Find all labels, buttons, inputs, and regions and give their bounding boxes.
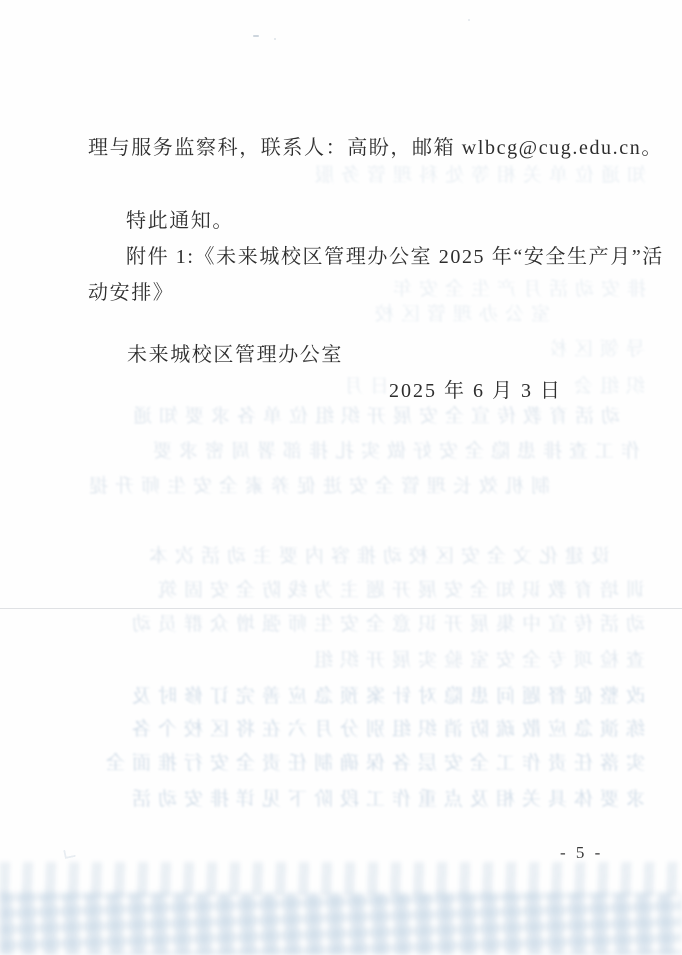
bleedthrough-line: 动活传宣中集展开识意全安生师强增众群员动 [88, 613, 645, 637]
bleedthrough-line: 求要体具关相及点重作工段阶下见详排安动活 [82, 788, 645, 812]
bleedthrough-line: 查检项专全安室验实展开织组 [230, 649, 645, 673]
document-page: 知通位单关相等处科理管务服 排安动活月产生全安年 室公办理管区校 导领区校 日月… [0, 0, 682, 955]
bleedthrough-line: 日月 [345, 375, 389, 399]
bleedthrough-line: 训培育教识知全安展开题主为线防全安固筑 [95, 579, 645, 603]
body-line-notice: 特此通知。 [126, 204, 234, 233]
bleedthrough-line: 制机效长理管全安进促养素全安生师升提 [90, 475, 550, 499]
bleedthrough-line: 改整促督题问患隐对针案预急应善完订修时及 [88, 685, 645, 709]
signature-date: 2025 年 6 月 3 日 [389, 374, 562, 403]
body-line-contact: 理与服务监察科，联系人：高盼，邮箱 wlbcg@cug.edu.cn。 [88, 131, 663, 160]
bleedthrough-line: 室公办理管区校 [360, 303, 550, 327]
bleedthrough-line: 练演急应散疏防消织组别分月六在将区校个各 [88, 718, 645, 742]
scan-fold-line [0, 608, 682, 609]
signature-org: 未来城校区管理办公室 [127, 338, 343, 367]
bleedthrough-line: 动活育教传宣全安展开织组位单各求要知通 [95, 405, 620, 429]
body-line-attachment-1: 附件 1:《未来城校区管理办公室 2025 年“安全生产月”活 [126, 240, 664, 269]
scan-speck [468, 19, 470, 21]
scan-noise-band [0, 862, 682, 896]
bleedthrough-line: 排安动活月产生全安年 [330, 278, 646, 302]
scan-noise-band [0, 893, 682, 955]
bleedthrough-line: 织组会 [552, 375, 645, 399]
bleedthrough-line: 知通位单关相等处科理管务服 [298, 164, 646, 188]
bleedthrough-line: 导领区校 [552, 338, 645, 362]
bleedthrough-line: 作工查排患隐全安好做实扎排部署周密求要 [95, 440, 640, 464]
page-number: - 5 - [560, 843, 603, 863]
scan-speck [253, 35, 259, 37]
bleedthrough-line: 设建化文全安区校动推容内要主动活次本 [95, 545, 610, 569]
scan-speck [274, 38, 276, 40]
body-line-attachment-2: 动安排》 [88, 276, 174, 305]
bleedthrough-line: 实落任责作工全安层各保确制任责全安行推面全 [88, 752, 645, 776]
scan-speck [63, 848, 76, 859]
